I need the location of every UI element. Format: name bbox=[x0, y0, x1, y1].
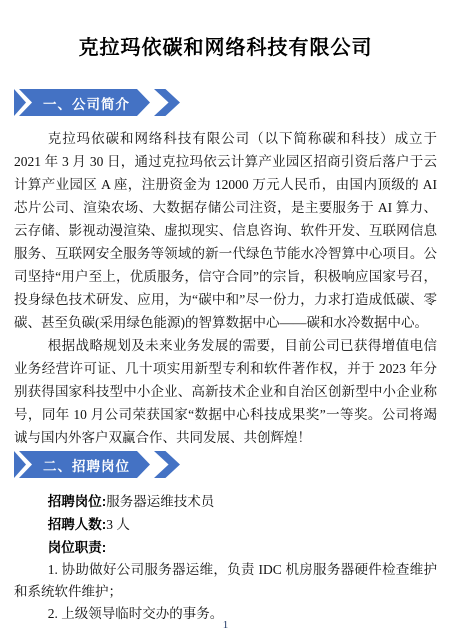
banner-ribbon: 一、公司简介 bbox=[19, 89, 150, 116]
field-value-headcount: 3 人 bbox=[106, 517, 130, 532]
field-duties-heading: 岗位职责: bbox=[14, 536, 437, 559]
document-page: 克拉玛依碳和网络科技有限公司 一、公司简介 克拉玛依碳和网络科技有限公司（以下简… bbox=[0, 0, 451, 640]
recruitment-fields: 招聘岗位:服务器运维技术员 招聘人数:3 人 岗位职责: bbox=[14, 490, 437, 559]
field-label-headcount: 招聘人数: bbox=[48, 517, 107, 532]
section-heading-company-intro: 一、公司简介 bbox=[43, 93, 130, 113]
field-label-duties: 岗位职责: bbox=[48, 540, 107, 555]
company-intro-paragraph-2: 根据战略规划及未来业务发展的需要，目前公司已获得增值电信业务经营许可证、几十项实… bbox=[14, 334, 437, 449]
field-label-position: 招聘岗位: bbox=[48, 494, 107, 509]
field-position: 招聘岗位:服务器运维技术员 bbox=[14, 490, 437, 513]
chevron-right-icon bbox=[154, 451, 180, 478]
chevron-right-icon bbox=[154, 89, 180, 116]
page-number: 1 bbox=[0, 619, 451, 631]
banner-ribbon: 二、招聘岗位 bbox=[19, 451, 150, 478]
duty-item-1: 1. 协助做好公司服务器运维，负责 IDC 机房服务器硬件检查维护和系统软件维护… bbox=[14, 559, 437, 603]
field-headcount: 招聘人数:3 人 bbox=[14, 513, 437, 536]
section-banner-recruitment: 二、招聘岗位 bbox=[14, 451, 184, 478]
page-title: 克拉玛依碳和网络科技有限公司 bbox=[14, 0, 437, 60]
field-value-position: 服务器运维技术员 bbox=[106, 494, 214, 509]
section-heading-recruitment: 二、招聘岗位 bbox=[43, 455, 130, 475]
company-intro-paragraph-1: 克拉玛依碳和网络科技有限公司（以下简称碳和科技）成立于 2021 年 3 月 3… bbox=[14, 127, 437, 334]
section-banner-company-intro: 一、公司简介 bbox=[14, 89, 184, 116]
